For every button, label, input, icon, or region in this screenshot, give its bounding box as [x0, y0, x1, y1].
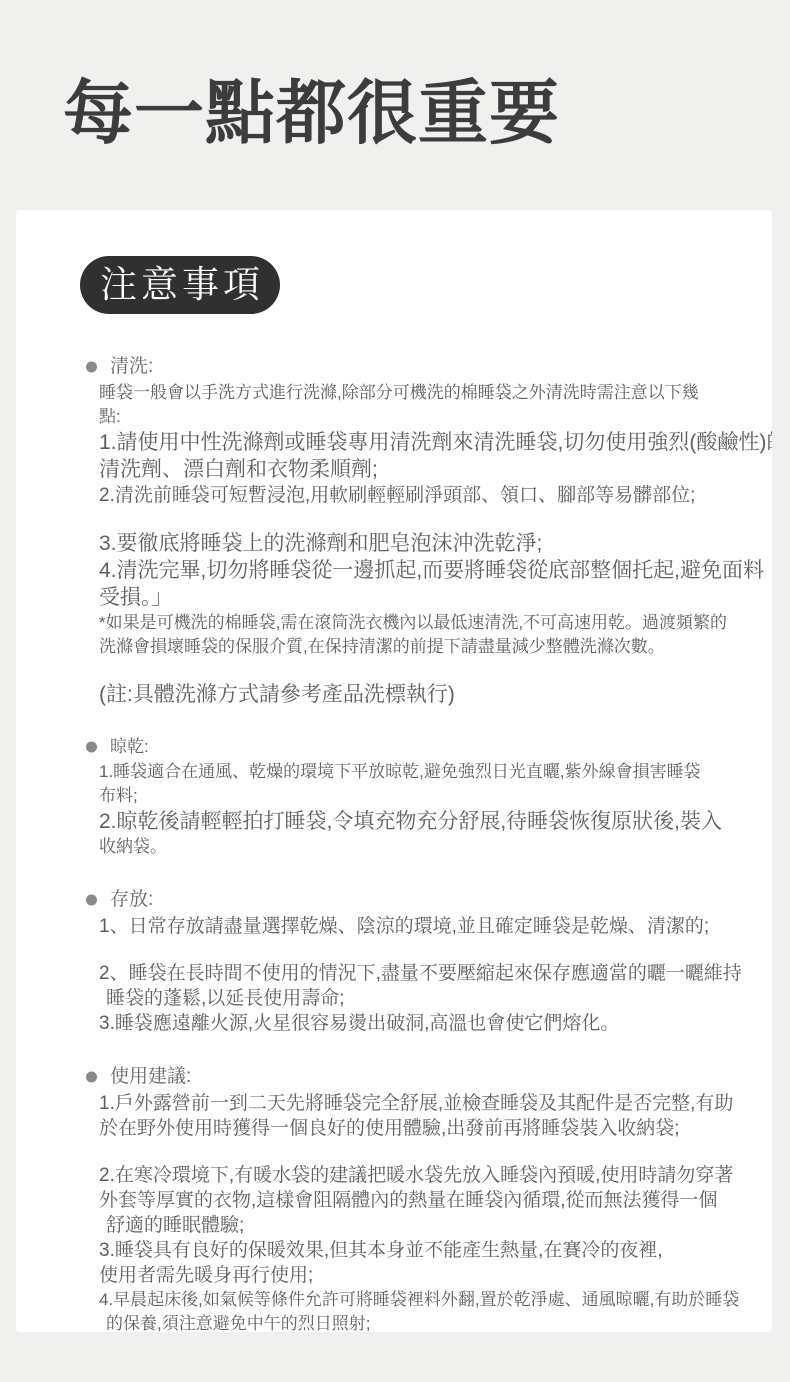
care-line: 受損。」 [99, 584, 746, 611]
section-header: 存放: [80, 887, 746, 912]
care-line: 外套等厚實的衣物,這樣會阻隔體內的熱量在睡袋內循環,從而無法獲得一個 [99, 1188, 746, 1213]
section-header: 清洗: [80, 354, 746, 379]
care-section: 晾乾: 1.睡袋適合在通風、乾燥的環境下平放晾乾,避免強烈日光直曬,紫外線會損害… [80, 736, 746, 859]
section-header: 晾乾: [80, 736, 746, 758]
care-line: 於在野外使用時獲得一個良好的使用體驗,出發前再將睡袋裝入收納袋; [99, 1116, 746, 1141]
care-section: 使用建議: 1.戶外露營前一到二天先將睡袋完全舒展,並檢查睡袋及其配件是否完整,… [80, 1064, 746, 1332]
care-line: 4.清洗完畢,切勿將睡袋從一邊抓起,而要將睡袋從底部整個托起,避免面料 [99, 557, 746, 584]
care-line: (註:具體洗滌方式請參考產品洗標執行) [99, 681, 746, 708]
care-line: 睡袋一般會以手洗方式進行洗滌,除部分可機洗的棉睡袋之外清洗時需注意以下幾 [99, 381, 746, 405]
section-body: 1.睡袋適合在通風、乾燥的環境下平放晾乾,避免強烈日光直曬,紫外線會損害睡袋布料… [99, 760, 746, 859]
notice-badge: 注意事項 [80, 256, 280, 314]
section-body: 1、日常存放請盡量選擇乾燥、陰涼的環境,並且確定睡袋是乾燥、清潔的;2、睡袋在長… [99, 914, 746, 1036]
sections: 清洗: 睡袋一般會以手洗方式進行洗滌,除部分可機洗的棉睡袋之外清洗時需注意以下幾… [80, 354, 746, 1332]
page-title: 每一點都很重要 [63, 78, 560, 148]
care-line: 2.在寒冷環境下,有暖水袋的建議把暖水袋先放入睡袋內預暖,使用時請勿穿著 [99, 1163, 746, 1188]
bullet-icon [86, 361, 97, 372]
care-line: 2.清洗前睡袋可短暫浸泡,用軟刷輕輕刷淨頭部、領口、腳部等易髒部位; [99, 483, 746, 508]
bullet-icon [86, 1071, 97, 1082]
care-line: 3.睡袋應遠離火源,火星很容易燙出破洞,高溫也會使它們熔化。 [99, 1011, 746, 1036]
care-line: 使用者需先暖身再行使用; [99, 1263, 746, 1288]
care-line: 點: [99, 405, 746, 429]
care-line: 1.請使用中性洗滌劑或睡袋專用清洗劑來清洗睡袋,切勿使用強烈(酸鹼性)的 [99, 429, 746, 456]
care-line: 舒適的睡眠體驗; [99, 1213, 746, 1238]
care-line: 洗滌會損壞睡袋的保服介質,在保持清潔的前提下請盡量減少整體洗滌次數。 [99, 635, 746, 659]
care-line: 4.早晨起床後,如氣候等條件允許可將睡袋裡料外翻,置於乾淨處、通風晾曬,有助於睡… [99, 1288, 746, 1312]
bullet-icon [86, 894, 97, 905]
section-body: 1.戶外露營前一到二天先將睡袋完全舒展,並檢查睡袋及其配件是否完整,有助於在野外… [99, 1091, 746, 1332]
care-line: 1.睡袋適合在通風、乾燥的環境下平放晾乾,避免強烈日光直曬,紫外線會損害睡袋 [99, 760, 746, 784]
care-line: 清洗劑、漂白劑和衣物柔順劑; [99, 456, 746, 483]
care-line: 1.戶外露營前一到二天先將睡袋完全舒展,並檢查睡袋及其配件是否完整,有助 [99, 1091, 746, 1116]
section-header: 使用建議: [80, 1064, 746, 1089]
care-line: 睡袋的蓬鬆,以延長使用壽命; [99, 986, 746, 1011]
care-line: 2、睡袋在長時間不使用的情況下,盡量不要壓縮起來保存應適當的曬一曬維持 [99, 961, 746, 986]
care-line: 的保養,須注意避免中午的烈日照射; [99, 1312, 746, 1332]
care-section: 存放: 1、日常存放請盡量選擇乾燥、陰涼的環境,並且確定睡袋是乾燥、清潔的;2、… [80, 887, 746, 1036]
notice-card: 注意事項 清洗: 睡袋一般會以手洗方式進行洗滌,除部分可機洗的棉睡袋之外清洗時需… [16, 210, 772, 1332]
care-section: 清洗: 睡袋一般會以手洗方式進行洗滌,除部分可機洗的棉睡袋之外清洗時需注意以下幾… [80, 354, 746, 708]
notice-badge-label: 注意事項 [100, 264, 264, 305]
care-line: 布料; [99, 784, 746, 808]
care-line: 3.要徹底將睡袋上的洗滌劑和肥皂泡沫沖洗乾淨; [99, 530, 746, 557]
section-title: 存放: [110, 889, 153, 910]
care-line: 1、日常存放請盡量選擇乾燥、陰涼的環境,並且確定睡袋是乾燥、清潔的; [99, 914, 746, 939]
section-title: 晾乾: [110, 737, 149, 756]
bullet-icon [86, 742, 97, 753]
section-title: 清洗: [110, 356, 153, 377]
section-body: 睡袋一般會以手洗方式進行洗滌,除部分可機洗的棉睡袋之外清洗時需注意以下幾點:1.… [99, 381, 746, 708]
care-line: 3.睡袋具有良好的保暖效果,但其本身並不能產生熱量,在賽冷的夜裡, [99, 1238, 746, 1263]
care-line: *如果是可機洗的棉睡袋,需在滾筒洗衣機內以最低速清洗,不可高速用乾。過渡頻繁的 [99, 611, 746, 635]
care-line: 2.晾乾後請輕輕拍打睡袋,令填充物充分舒展,待睡袋恢復原狀後,裝入 [99, 808, 746, 835]
care-line: 收納袋。 [99, 835, 746, 859]
section-title: 使用建議: [110, 1066, 191, 1087]
